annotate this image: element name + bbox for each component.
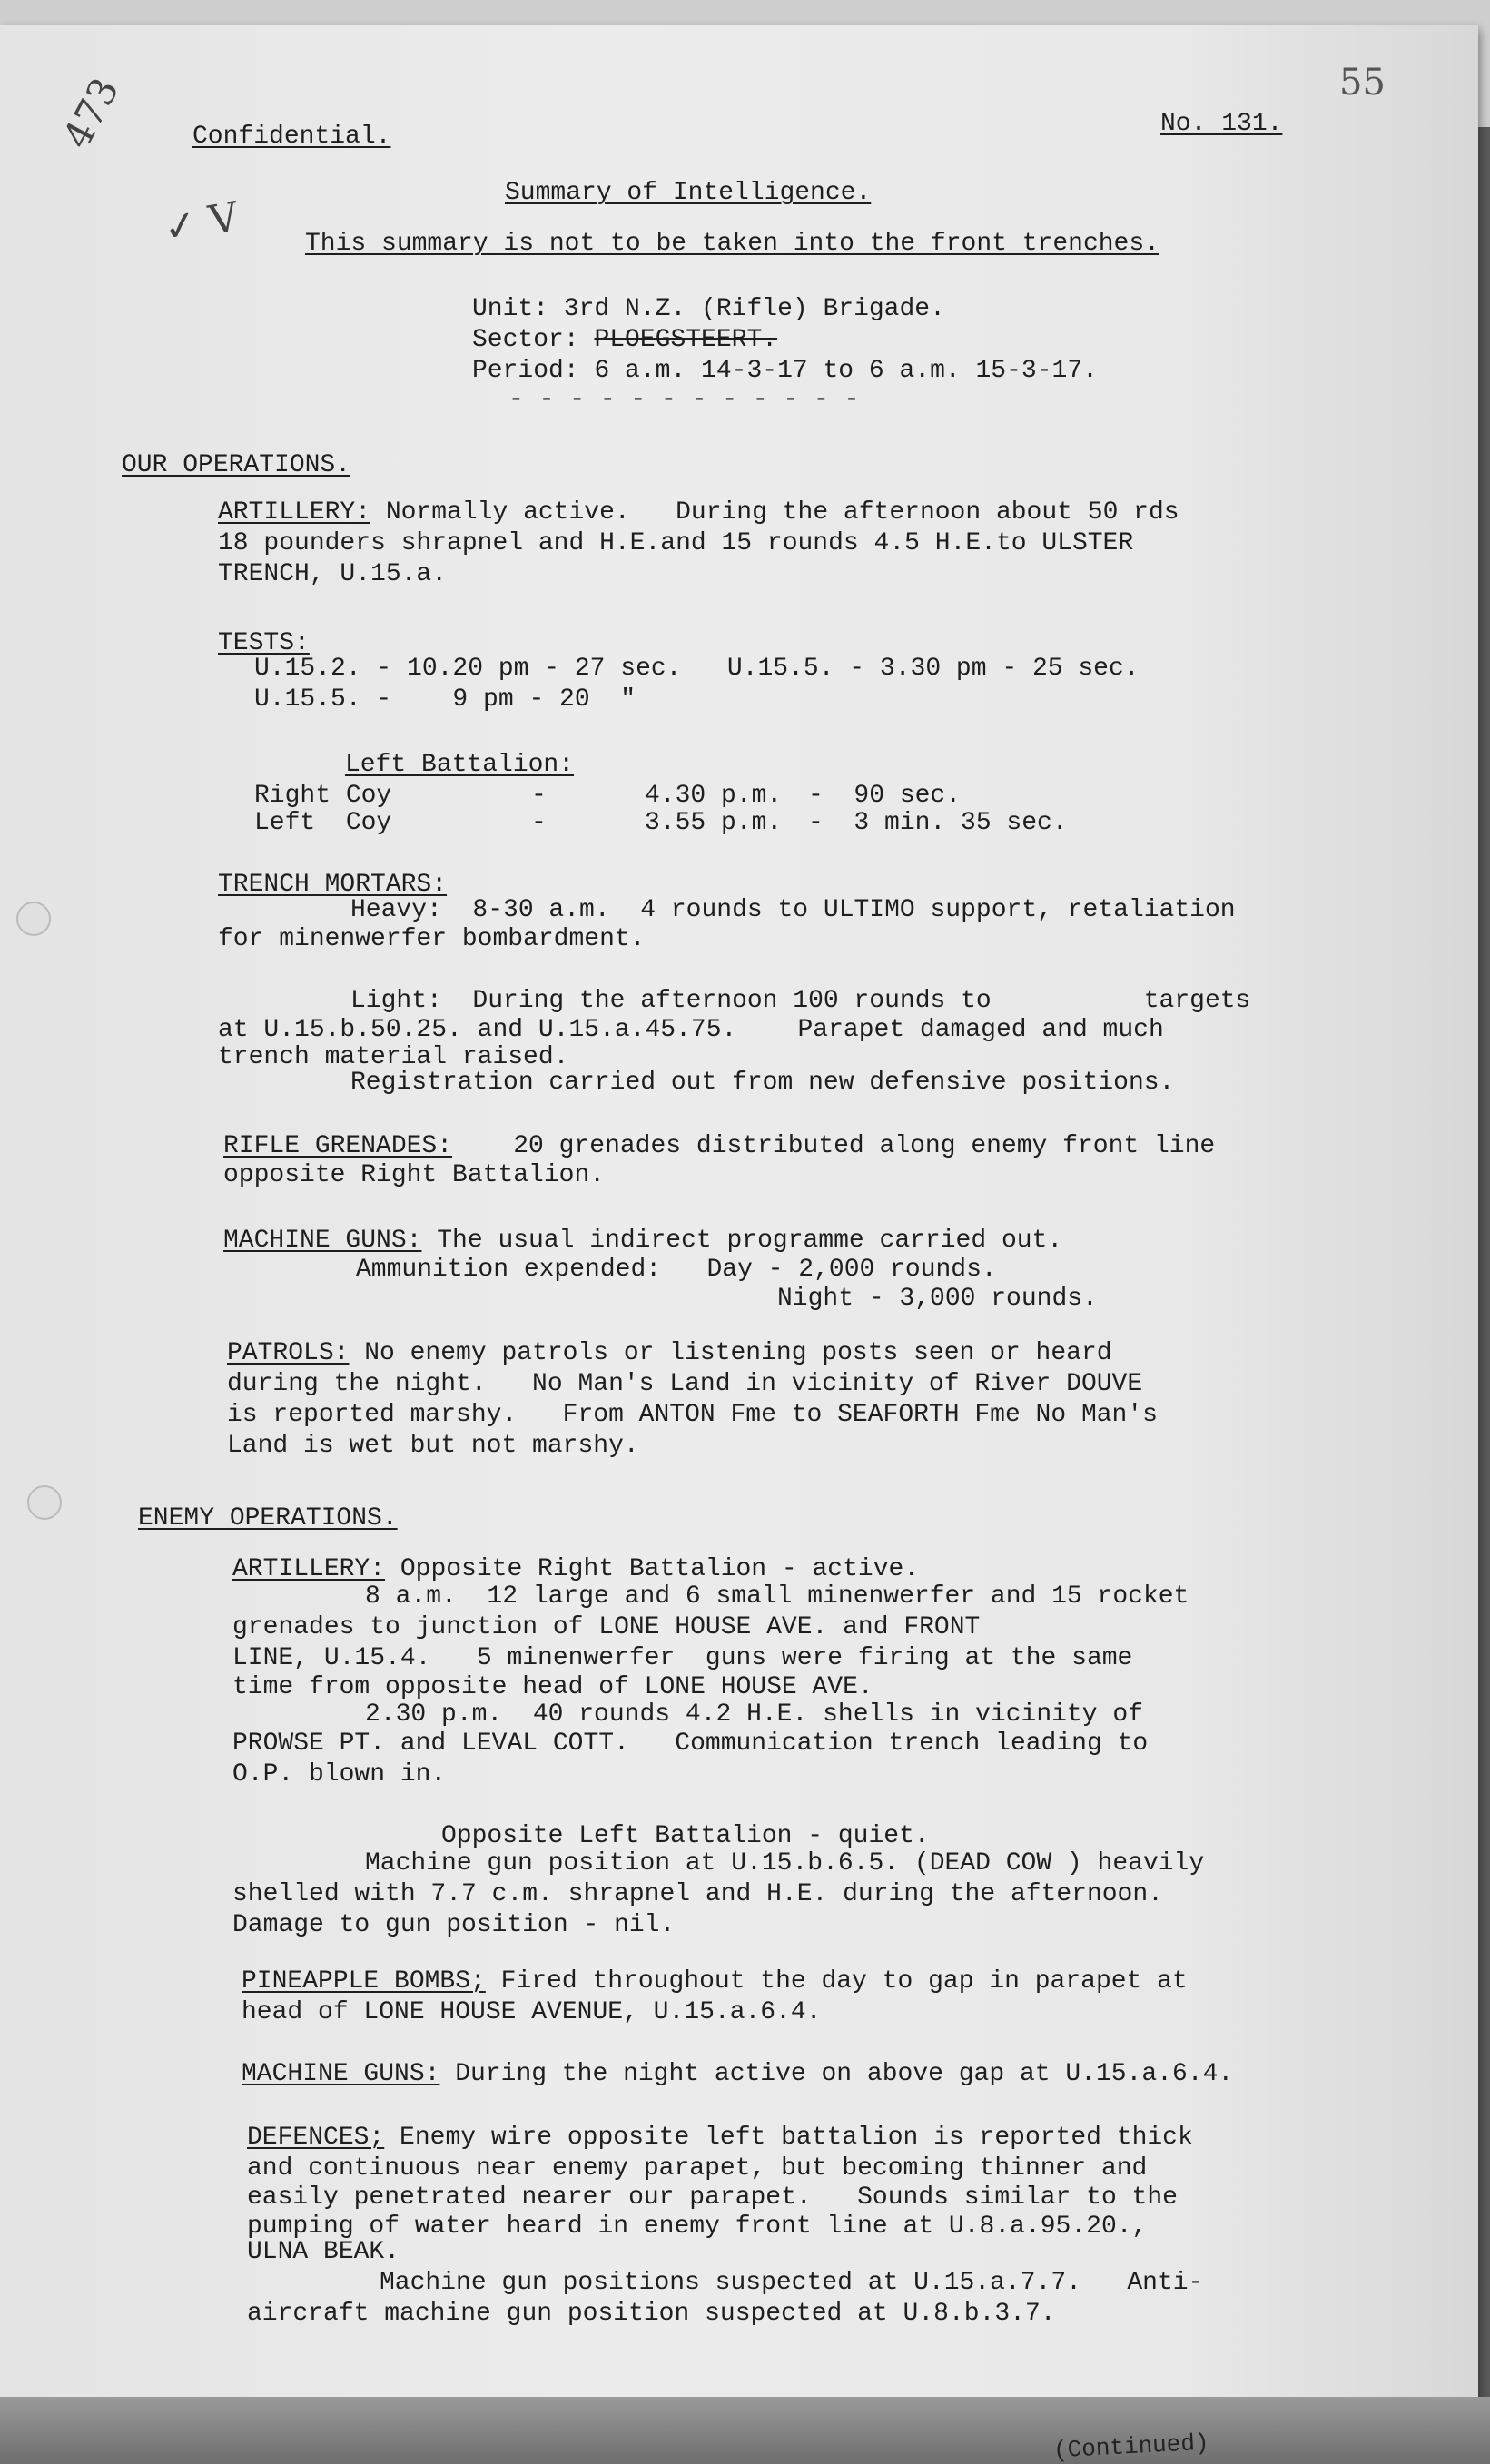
punch-hole <box>27 1485 62 1520</box>
sector-line: Sector: PLOEGSTEERT. <box>472 325 777 356</box>
unit-line: Unit: 3rd N.Z. (Rifle) Brigade. <box>472 294 945 325</box>
document-number: No. 131. <box>1160 109 1282 140</box>
folio-number: 55 <box>1339 62 1386 103</box>
period-line: Period: 6 a.m. 14-3-17 to 6 a.m. 15-3-17… <box>472 356 1098 387</box>
warning-line: This summary is not to be taken into the… <box>305 229 1159 260</box>
classification: Confidential. <box>192 122 390 153</box>
header-rule: - - - - - - - - - - - - <box>508 385 859 416</box>
our-operations-heading: OUR OPERATIONS. <box>122 450 350 481</box>
enemy-operations-heading: ENEMY OPERATIONS. <box>138 1503 398 1534</box>
document-title: Summary of Intelligence. <box>505 178 871 209</box>
page-bottom-edge <box>0 2397 1490 2464</box>
punch-hole <box>16 902 51 936</box>
